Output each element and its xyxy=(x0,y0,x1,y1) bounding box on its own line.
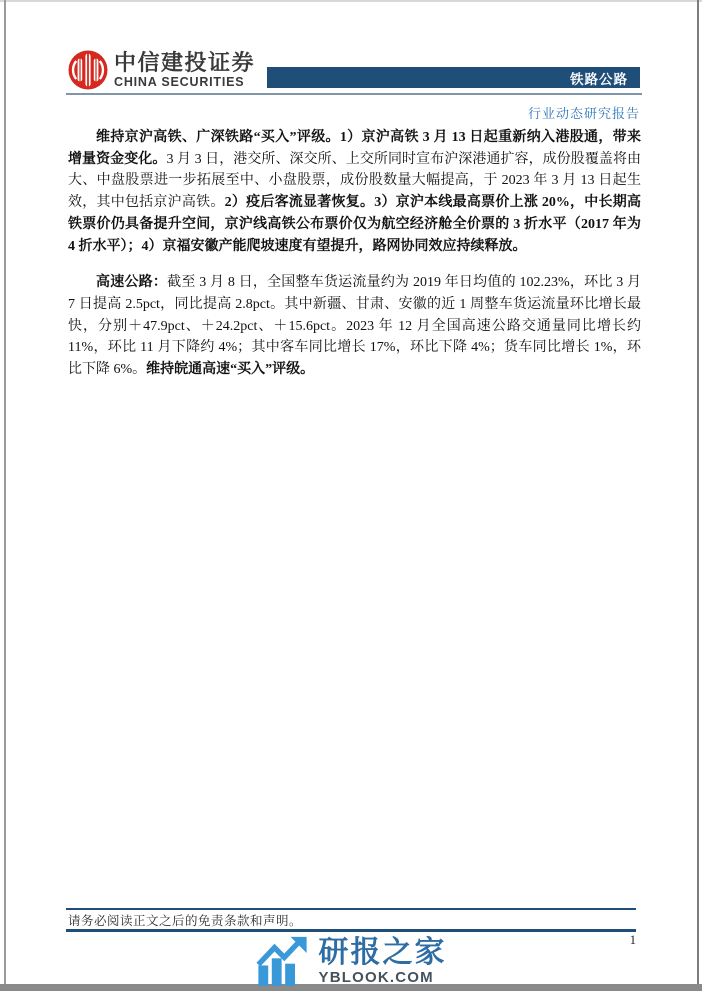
header-divider xyxy=(66,93,642,95)
china-securities-logo-icon xyxy=(68,50,108,90)
watermark-name: 研报之家 xyxy=(319,937,447,969)
brand-name-en: CHINA SECURITIES xyxy=(114,75,255,90)
paragraph-emphasis-text: 维持皖通高速“买入”评级。 xyxy=(146,362,314,377)
body-paragraph: 高速公路：截至 3 月 8 日，全国整车货运流量约为 2019 年日均值的 10… xyxy=(68,272,641,381)
page-edge-top xyxy=(0,0,702,2)
paragraph-emphasis-text: 高速公路： xyxy=(96,275,167,290)
industry-category-bar: 铁路公路 xyxy=(267,67,640,88)
page-edge-left xyxy=(4,0,6,984)
watermark-block: 研报之家 YBLOOK.COM xyxy=(256,936,447,986)
watermark-domain: YBLOOK.COM xyxy=(319,969,447,986)
report-type-label: 行业动态研究报告 xyxy=(528,103,640,122)
page-edge-right xyxy=(697,0,699,984)
stock-chart-icon xyxy=(256,936,310,986)
report-body: 维持京沪高铁、广深铁路“买入”评级。1）京沪高铁 3 月 13 日起重新纳入港股… xyxy=(68,127,641,396)
report-page: 中信建投证券 CHINA SECURITIES 铁路公路 行业动态研究报告 维持… xyxy=(0,0,702,991)
industry-category-label: 铁路公路 xyxy=(570,68,628,88)
brand-block: 中信建投证券 CHINA SECURITIES xyxy=(68,50,255,90)
page-number: 1 xyxy=(566,933,636,948)
disclaimer-text: 请务必阅读正文之后的免责条款和声明。 xyxy=(68,911,302,929)
footer-divider-bottom xyxy=(66,929,636,932)
footer-divider-top xyxy=(66,908,636,910)
brand-name-cn: 中信建投证券 xyxy=(114,51,255,75)
body-paragraph: 维持京沪高铁、广深铁路“买入”评级。1）京沪高铁 3 月 13 日起重新纳入港股… xyxy=(68,127,641,257)
